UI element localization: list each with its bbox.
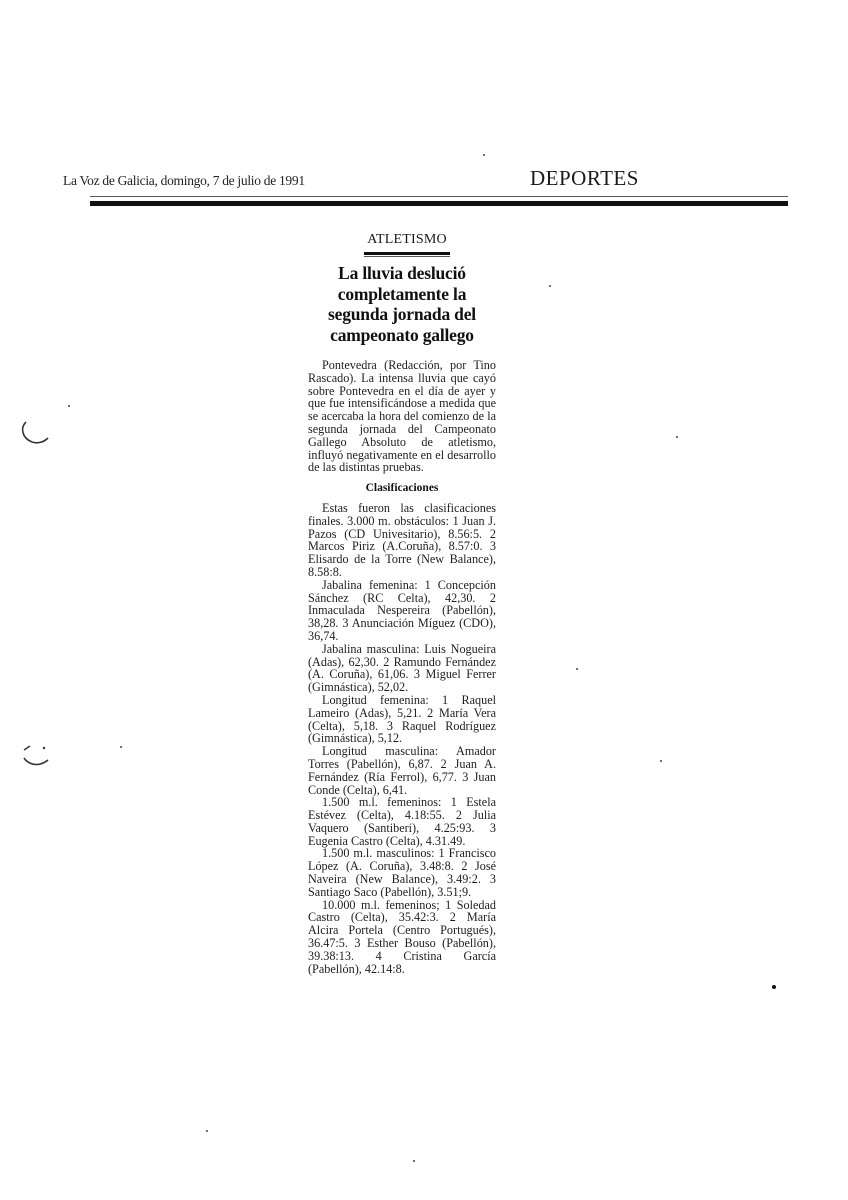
scan-speck xyxy=(676,436,678,438)
masthead-thin-rule xyxy=(90,196,788,197)
result-paragraph: Longitud femenina: 1 Raquel Lameiro (Ada… xyxy=(308,694,496,745)
scan-speck xyxy=(206,1130,208,1132)
article-headline: La lluvia deslució completamente la segu… xyxy=(308,263,496,345)
scan-speck xyxy=(413,1160,415,1162)
masthead-date-line: La Voz de Galicia, domingo, 7 de julio d… xyxy=(63,173,305,189)
result-paragraph: Jabalina femenina: 1 Concepción Sánchez … xyxy=(308,579,496,643)
result-paragraph: Estas fueron las clasificaciones finales… xyxy=(308,502,496,579)
scan-speck xyxy=(772,985,776,989)
kicker-rule xyxy=(364,252,450,255)
article: ATLETISMO La lluvia deslució completamen… xyxy=(308,232,496,975)
scan-speck xyxy=(549,285,551,287)
binder-hole-mark-bottom xyxy=(20,742,54,770)
binder-hole-mark-top xyxy=(18,418,52,446)
article-lead: Pontevedra (Redacción, por Tino Rascado)… xyxy=(308,359,496,474)
scan-speck xyxy=(120,746,122,748)
kicker-rule-thin xyxy=(364,256,450,257)
article-subhead: Clasificaciones xyxy=(308,482,496,495)
result-paragraph: Jabalina masculina: Luis Nogueira (Adas)… xyxy=(308,643,496,694)
masthead-thick-rule xyxy=(90,201,788,206)
result-paragraph: Longitud masculina: Amador Torres (Pabel… xyxy=(308,745,496,796)
scan-speck xyxy=(483,154,485,156)
scan-speck xyxy=(660,760,662,762)
scan-speck xyxy=(68,405,70,407)
result-paragraph: 1.500 m.l. masculinos: 1 Francisco López… xyxy=(308,847,496,898)
section-title: DEPORTES xyxy=(530,166,639,191)
result-paragraph: 1.500 m.l. femeninos: 1 Estela Estévez (… xyxy=(308,796,496,847)
result-paragraph: 10.000 m.l. femeninos; 1 Soledad Castro … xyxy=(308,899,496,976)
article-kicker: ATLETISMO xyxy=(318,232,496,248)
article-body: Pontevedra (Redacción, por Tino Rascado)… xyxy=(308,359,496,975)
scan-speck xyxy=(576,668,578,670)
